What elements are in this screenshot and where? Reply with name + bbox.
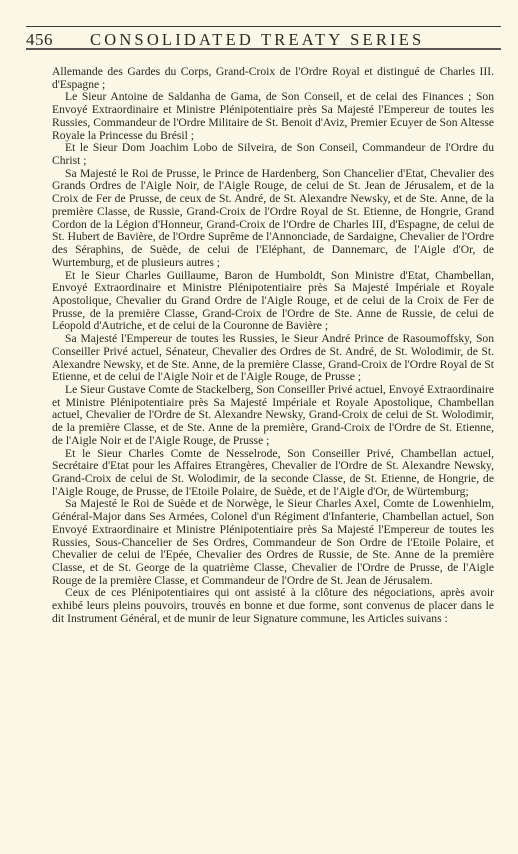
- paragraph: Et le Sieur Charles Comte de Nesselrode,…: [52, 448, 494, 499]
- paragraph: Et le Sieur Dom Joachim Lobo de Silveira…: [52, 142, 494, 167]
- page-number: 456: [26, 30, 53, 50]
- paragraph: Le Sieur Gustave Comte de Stackelberg, S…: [52, 384, 494, 448]
- paragraph: Ceux de ces Plénipotentiaires qui ont as…: [52, 587, 494, 625]
- paragraph: Sa Majesté le Roi de Suède et de Norwège…: [52, 498, 494, 587]
- body-text: Allemande des Gardes du Corps, Grand-Cro…: [52, 66, 494, 626]
- paragraph: Allemande des Gardes du Corps, Grand-Cro…: [52, 66, 494, 91]
- paragraph: Sa Majesté le Roi de Prusse, le Prince d…: [52, 168, 494, 270]
- paragraph: Sa Majesté l'Empereur de toutes les Russ…: [52, 333, 494, 384]
- header-rule-top: [26, 26, 501, 27]
- paragraph: Le Sieur Antoine de Saldanha de Gama, de…: [52, 91, 494, 142]
- header-rule-bottom: [26, 48, 501, 50]
- paragraph: Et le Sieur Charles Guillaume, Baron de …: [52, 270, 494, 334]
- running-title: CONSOLIDATED TREATY SERIES: [90, 30, 424, 50]
